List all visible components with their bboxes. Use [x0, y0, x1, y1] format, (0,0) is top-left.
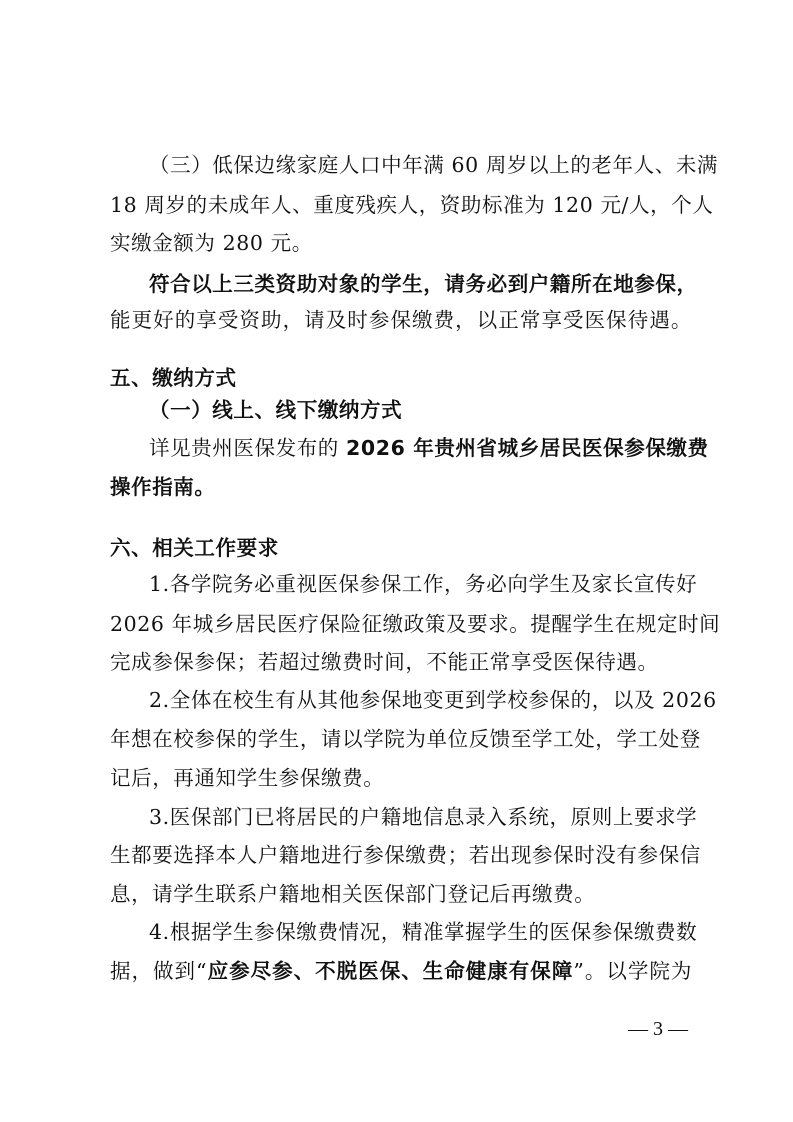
- requirement-2-line2: 年想在校参保的学生，请以学院为单位反馈至学工处，学工处登: [110, 726, 692, 752]
- subsidy-note-bold: 符合以上三类资助对象的学生，请务必到户籍所在地参保，: [149, 271, 692, 297]
- subsidy-item-three-line1: （三）低保边缘家庭人口中年满 60 周岁以上的老年人、未满: [149, 152, 692, 178]
- section-five-paragraph-line1: 详见贵州医保发布的 2026 年贵州省城乡居民医保参保缴费: [149, 435, 692, 461]
- paragraph-text: 详见贵州医保发布的: [149, 436, 339, 460]
- requirement-1-line1: 1.各学院务必重视医保参保工作，务必向学生及家长宣传好: [149, 571, 692, 597]
- text-prefix: 据，做到“: [110, 959, 207, 983]
- requirement-1-line3: 完成参保参保；若超过缴费时间，不能正常享受医保待遇。: [110, 649, 692, 675]
- subsidy-item-three-line3: 实缴金额为 280 元。: [110, 230, 692, 256]
- guide-title-bold: 2026 年贵州省城乡居民医保参保缴费: [346, 436, 709, 460]
- slogan-bold: 应参尽参、不脱医保、生命健康有保障: [207, 959, 573, 983]
- requirement-2-line3: 记后，再通知学生参保缴费。: [110, 765, 692, 791]
- requirement-4-line2: 据，做到“应参尽参、不脱医保、生命健康有保障”。以学院为: [110, 958, 692, 984]
- requirement-3-line1: 3.医保部门已将居民的户籍地信息录入系统，原则上要求学: [149, 804, 692, 830]
- section-five-heading: 五、缴纳方式: [110, 365, 692, 391]
- requirement-3-line3: 息，请学生联系户籍地相关医保部门登记后再缴费。: [110, 881, 692, 907]
- requirement-1-line2: 2026 年城乡居民医疗保险征缴政策及要求。提醒学生在规定时间: [110, 611, 692, 637]
- section-six-heading: 六、相关工作要求: [110, 535, 692, 561]
- requirement-3-line2: 生都要选择本人户籍地进行参保缴费；若出现参保时没有参保信: [110, 842, 692, 868]
- requirement-4-line1: 4.根据学生参保缴费情况，精准掌握学生的医保参保缴费数: [149, 919, 692, 945]
- requirement-2-line1: 2.全体在校生有从其他参保地变更到学校参保的，以及 2026: [149, 687, 692, 713]
- subsidy-note-line2: 能更好的享受资助，请及时参保缴费，以正常享受医保待遇。: [110, 307, 692, 333]
- text-suffix: ”。以学院为: [573, 959, 692, 983]
- section-five-subheading: （一）线上、线下缴纳方式: [149, 397, 692, 423]
- section-five-paragraph-line2: 操作指南。: [110, 474, 692, 500]
- page-number: — 3 —: [628, 1018, 688, 1041]
- subsidy-item-three-line2: 18 周岁的未成年人、重度残疾人，资助标准为 120 元/人，个人: [110, 192, 692, 218]
